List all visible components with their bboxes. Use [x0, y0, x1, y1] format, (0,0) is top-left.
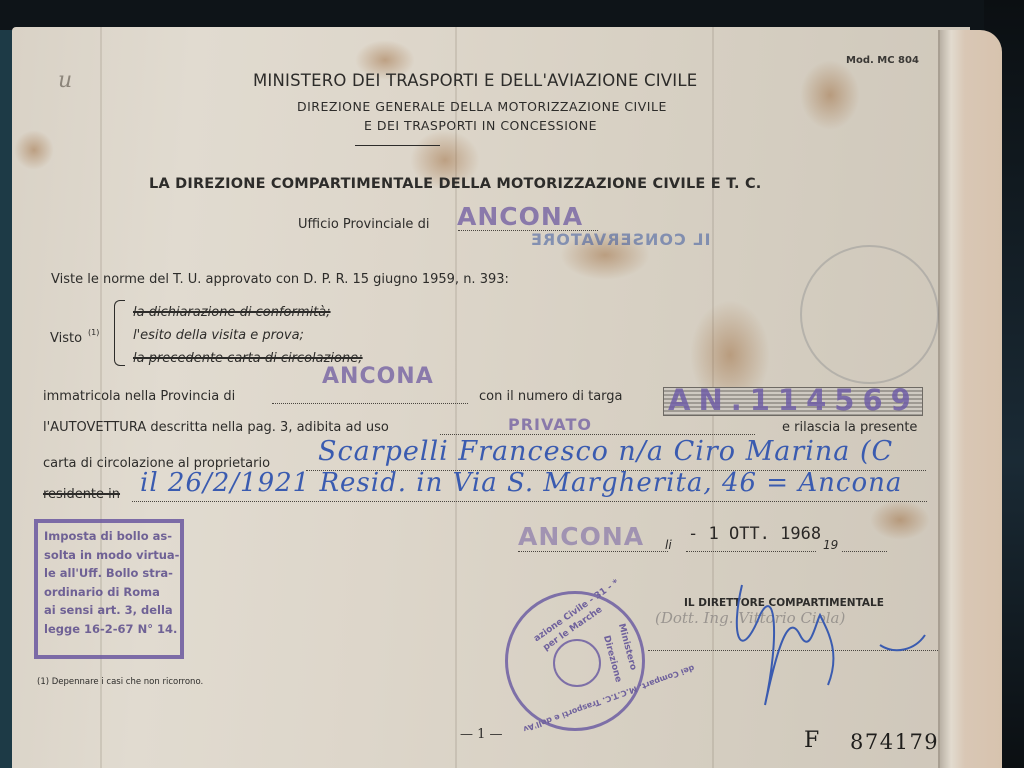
- tax-stamp-line: Imposta di bollo as-: [44, 527, 174, 546]
- serial-number: 874179: [850, 730, 939, 754]
- handwritten-residence: il 26/2/1921 Resid. in Via S. Margherita…: [140, 468, 902, 498]
- serial-series: F: [804, 728, 819, 753]
- director-signature: [720, 575, 940, 715]
- residence-label: residente in: [43, 487, 120, 502]
- tax-stamp-line: ai sensi art. 3, della: [44, 601, 174, 620]
- preamble-text: Viste le norme del T. U. approvato con D…: [51, 272, 509, 287]
- province-field-line: [272, 403, 468, 404]
- office-stamp: ANCONA: [457, 202, 583, 231]
- residence-field-line: [132, 501, 927, 502]
- place-field-line: [518, 551, 668, 552]
- ministry-heading: MINISTERO DEI TRASPORTI E DELL'AVIAZIONE…: [253, 71, 697, 90]
- year-field-line: [842, 551, 887, 552]
- vehicle-label-end: e rilascia la presente: [782, 420, 917, 435]
- tax-stamp-line: solta in modo virtua-: [44, 546, 174, 565]
- tax-stamp-box: Imposta di bollo as- solta in modo virtu…: [34, 519, 184, 659]
- page-number: — 1 —: [460, 727, 503, 742]
- form-code: Mod. MC 804: [846, 55, 919, 66]
- margin-pencil-note: u: [58, 68, 72, 93]
- office-label: Ufficio Provinciale di: [298, 217, 429, 232]
- tax-stamp-line: le all'Uff. Bollo stra-: [44, 564, 174, 583]
- document-title: LA DIREZIONE COMPARTIMENTALE DELLA MOTOR…: [149, 176, 762, 192]
- issue-date-stamp: - 1 OTT. 1968: [688, 524, 821, 544]
- li-label: li: [665, 538, 672, 552]
- province-label: immatricola nella Provincia di: [43, 389, 235, 404]
- water-stain: [870, 500, 930, 540]
- ministry-round-seal: azione Civile - 31 - * per le Marche Min…: [505, 591, 645, 731]
- tax-stamp-line: ordinario di Roma: [44, 583, 174, 602]
- directorate-line-2: E DEI TRASPORTI IN CONCESSIONE: [364, 118, 597, 133]
- footnote: (1) Depennare i casi che non ricorrono.: [37, 677, 203, 687]
- vehicle-label: l'AUTOVETTURA descritta nella pag. 3, ad…: [43, 420, 389, 435]
- visto-label: Visto: [50, 331, 82, 346]
- seal-emblem-icon: [553, 639, 601, 687]
- use-field-line: [440, 434, 755, 435]
- handwritten-owner-name: Scarpelli Francesco n/a Ciro Marina (C: [318, 436, 893, 467]
- seal-right-text: Ministero: [616, 623, 638, 672]
- year-prefix: 19: [823, 538, 838, 552]
- province-stamp: ANCONA: [322, 364, 434, 389]
- header-rule: [355, 145, 440, 146]
- reverse-conservatore-stamp: IL CONSERVATORE: [530, 230, 710, 249]
- visto-footnote-mark: (1): [88, 328, 99, 337]
- booklet-cover-flap: [938, 30, 1002, 768]
- visto-item-conformita: la dichiarazione di conformità;: [133, 305, 331, 320]
- date-field-line: [686, 551, 816, 552]
- plate-number-stamp: AN.114569: [668, 383, 919, 417]
- water-stain: [800, 60, 860, 130]
- visto-item-visita: l'esito della visita e prova;: [133, 328, 304, 343]
- use-stamp: PRIVATO: [508, 415, 592, 434]
- directorate-line-1: DIREZIONE GENERALE DELLA MOTORIZZAZIONE …: [297, 99, 667, 114]
- plate-label: con il numero di targa: [479, 389, 623, 404]
- faded-round-stamp: [800, 245, 939, 384]
- water-stain: [14, 130, 54, 170]
- brace: [114, 300, 125, 366]
- issue-place-stamp: ANCONA: [518, 522, 644, 551]
- tax-stamp-line: legge 16-2-67 N° 14.: [44, 620, 174, 639]
